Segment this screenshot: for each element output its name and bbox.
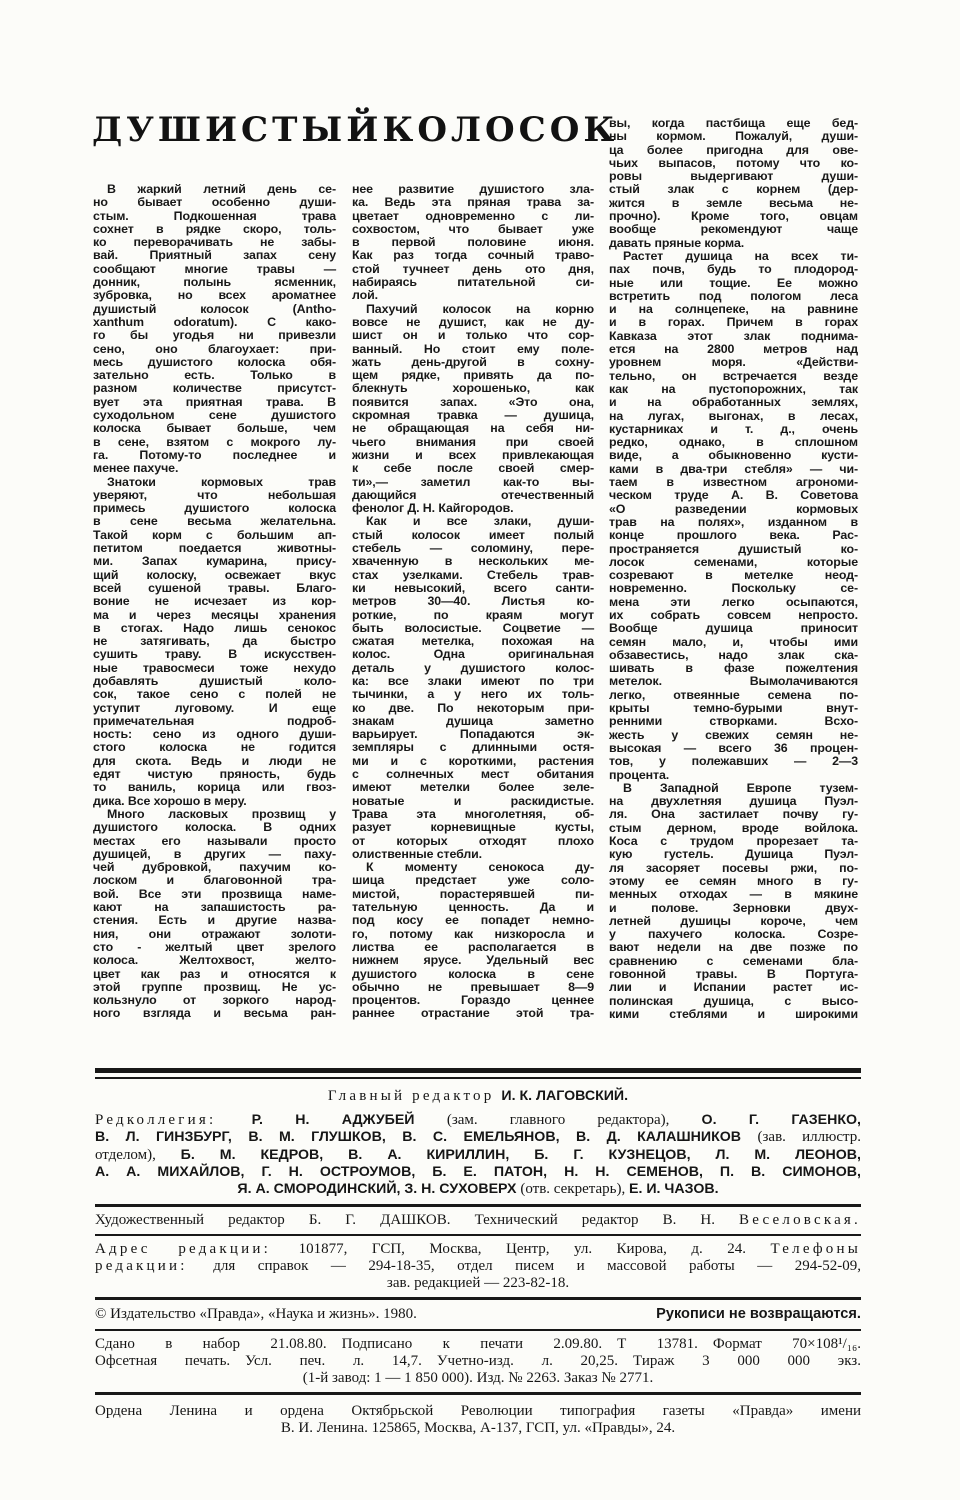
rule-1 [95, 1204, 861, 1207]
text-line: Как и все злаки, души- [352, 515, 594, 528]
text-line: хваченную в нескольких ме- [352, 555, 594, 568]
text-line: шивать в фазе пожелтения [609, 662, 858, 675]
text-line: сообщают многие травы — [93, 263, 336, 276]
text-line: кользнуло от зоркого народ- [93, 994, 336, 1007]
text-line: кую густель. Душица Пуэл- [609, 848, 858, 861]
text-line: лии и Испании растет ис- [609, 981, 858, 994]
text-line: сено, оно благоухает: при- [93, 343, 336, 356]
text-line: вают недели на две позже по [609, 941, 858, 954]
text-line: стах узелками. Стебель трав- [352, 569, 594, 582]
footer-text-segment: 101877, ГСП, Москва, Центр, ул. Кирова, … [299, 1241, 771, 1257]
text-line: Такой корм с большим ап- [93, 529, 336, 542]
footer-text-segment: В. И. Ленина. 125865, Москва, А-137, ГСП… [281, 1420, 675, 1436]
text-line: тычинки, а у него их толь- [352, 688, 594, 701]
text-line: добавлять душистый коло- [93, 675, 336, 688]
magazine-page: ДУШИСТЫЙ КОЛОСОК В жаркий летний день се… [0, 0, 960, 1500]
text-line: жесть у свежих семян не- [609, 729, 858, 742]
text-line: чьих выпасов, потому что ко- [609, 157, 858, 170]
text-line: Кавказа этот злак поднима- [609, 330, 858, 343]
text-line: нижнем ярусе. Удельный вес [352, 954, 594, 967]
text-line: нее развитие душистого зла- [352, 183, 594, 196]
footer-text-segment: (зав. иллюстр. [757, 1129, 861, 1145]
text-line: этой группе прозвищ. Не ус- [93, 981, 336, 994]
text-line: шица предстает уже соло- [352, 874, 594, 887]
manuscripts-notice: Рукописи не возвращаются. [656, 1306, 861, 1322]
article-column-2: нее развитие душистого зла-ка. Ведь эта … [352, 183, 594, 1021]
text-line: для скота. Ведь и люди не [93, 755, 336, 768]
text-line: таем в известном агрономи- [609, 476, 858, 489]
text-line: вовсе не душист, как не ду- [352, 316, 594, 329]
text-line: ма и через месяцы хранения [93, 609, 336, 622]
text-line: и полове. Зерновки двух- [609, 902, 858, 915]
text-line: сто - желтый цвет зрелого [93, 941, 336, 954]
text-line: ца более пригодна для ове- [609, 144, 858, 157]
text-line: легко, отвеянные семена по- [609, 689, 858, 702]
text-line: раннее отрастание этой тра- [352, 1007, 594, 1020]
footer-text-segment: Веселовская. [739, 1212, 861, 1228]
text-line: едят чистую пряность, будь [93, 768, 336, 781]
text-line: Пахучий колосок на корню [352, 303, 594, 316]
text-line: роткие, по краям могут [352, 609, 594, 622]
text-line: стый злак с корнем (дер- [609, 183, 858, 196]
text-line: жизни и всех привлекающая [352, 449, 594, 462]
text-line: их собрать совсем непросто. [609, 609, 858, 622]
footer-text-segment: Адрес редакции: [95, 1241, 299, 1257]
text-line: тов, у полежавших — 2—3 [609, 755, 858, 768]
text-line: лой. [352, 289, 594, 302]
text-line: виде, а обыкновенно кусти- [609, 449, 858, 462]
text-line: то ваниль, корица или гвоз- [93, 781, 336, 794]
text-line: новременно. Поскольку се- [609, 582, 858, 595]
text-line: встретить под пологом леса [609, 290, 858, 303]
text-line: семян мало, и, чтобы ими [609, 636, 858, 649]
footer-text-segment: (отв. секретарь), [520, 1181, 629, 1197]
text-line: «О разведении кормовых [609, 503, 858, 516]
text-line: в стогах. Надо лишь сенокос [93, 622, 336, 635]
text-line: ми. Запах кумарина, прису- [93, 555, 336, 568]
footer-text-segment: О. Г. ГАЗЕНКО, [702, 1112, 861, 1128]
text-line: олиственные стебли. [352, 848, 594, 861]
text-line: имеют метелки более зеле- [352, 781, 594, 794]
text-line: крыты темно-бурыми внут- [609, 702, 858, 715]
text-line: менее пахуче. [93, 462, 336, 475]
text-line: ля. Она застилает почву гу- [609, 808, 858, 821]
text-line: ми и с короткими, растения [352, 755, 594, 768]
text-line: Знатоки кормовых трав [93, 476, 336, 489]
text-line: ти»,— заметил как-то вы- [352, 476, 594, 489]
footer-text-segment: Ордена Ленина и ордена Октябрьской Револ… [95, 1403, 861, 1419]
text-line: редко, однако, в сплошном [609, 436, 858, 449]
footer-text-segment: Я. А. СМОРОДИНСКИЙ, З. Н. СУХОВЕРХ [237, 1181, 520, 1197]
text-line: давать пряные корма. [609, 237, 858, 250]
text-line: жится в земле весьма не- [609, 197, 858, 210]
text-line: вы, когда пастбища еще бед- [609, 117, 858, 130]
text-line: разном количестве присутст- [93, 382, 336, 395]
text-line: тательную ценность. Да и [352, 901, 594, 914]
text-line: с солнечных мест обитания [352, 768, 594, 781]
address-line: зав. редакцией — 223-82-18. [95, 1275, 861, 1292]
text-line: деталь у душистого колос- [352, 662, 594, 675]
text-line: метелок. Вымолачиваются [609, 675, 858, 688]
footer-text-segment: для справок — 294-18-35, отдел писем и м… [213, 1258, 861, 1274]
text-line: высокая — всего 36 процен- [609, 742, 858, 755]
text-line: щий колоску, освежает вкус [93, 569, 336, 582]
text-line: щем рядке, привять да по- [352, 369, 594, 382]
text-line: созревают в метелке неод- [609, 569, 858, 582]
text-line: зательно есть. Только в [93, 369, 336, 382]
text-line: суходольном сене душистого [93, 409, 336, 422]
text-line: уровнем моря. «Действи- [609, 356, 858, 369]
text-line: ного взгляда и весьма ран- [93, 1007, 336, 1020]
text-line: сравнению с семенами бла- [609, 955, 858, 968]
text-line: ки невысокий, всего санти- [352, 582, 594, 595]
text-line: всей сушеной травы. Благо- [93, 582, 336, 595]
text-line: ка: все злаки имеют по три [352, 675, 594, 688]
footer-text-segment: Офсетная печать. Усл. печ. л. 14,7. Учет… [95, 1353, 861, 1369]
footer-text-segment: Главный редактор [328, 1088, 502, 1104]
text-line: душицей, в других — паху- [93, 848, 336, 861]
text-line: ко две. По некоторым при- [352, 702, 594, 715]
copyright-line: © Издательство «Правда», «Наука и жизнь»… [95, 1306, 861, 1323]
text-line: менных отходах — в мякине [609, 888, 858, 901]
editorial-board-line: Редколлегия: Р. Н. АДЖУБЕЙ (зам. главног… [95, 1112, 861, 1129]
text-line: разует корневищные кусты, [352, 821, 594, 834]
text-line: стого колоска не годится [93, 741, 336, 754]
text-line: В Западной Европе тузем- [609, 782, 858, 795]
footer-text-segment: (1-й завод: 1 — 1 850 000). Изд. № 2263.… [303, 1370, 654, 1386]
text-line: трав на полях», изданном в [609, 516, 858, 529]
footer-text-segment: И. К. ЛАГОВСКИЙ. [501, 1088, 628, 1104]
text-line: сохвостом, что бывает уже [352, 223, 594, 236]
footer-text-segment: Е. И. ЧАЗОВ. [629, 1181, 719, 1197]
footer-text-segment: А. А. МИХАЙЛОВ, Г. Н. ОСТРОУМОВ, Б. Е. П… [95, 1164, 861, 1180]
text-line: га. Потому-то последнее и [93, 449, 336, 462]
text-line: ческом труде А. В. Советова [609, 489, 858, 502]
text-line: воние не исчезает из кор- [93, 595, 336, 608]
footer-text-segment: (зам. главного редактора), [447, 1112, 702, 1128]
text-line: стым дерном, вроде войлока. [609, 822, 858, 835]
text-line: сушить траву. В искусствен- [93, 648, 336, 661]
text-line: душистого колоска. В одних [93, 821, 336, 834]
text-line: конце прошлого века. Рас- [609, 529, 858, 542]
text-line: фенолог Д. Н. Кайгородов. [352, 502, 594, 515]
text-line: Коса с трудом прорезает та- [609, 835, 858, 848]
text-line: ния, они отражают золоти- [93, 928, 336, 941]
text-line: колоса. Желтохвост, желто- [93, 954, 336, 967]
article-column-1: В жаркий летний день се-но бывает особен… [93, 183, 336, 1021]
text-line: не затягивать, да быстро [93, 635, 336, 648]
text-line: зубровка, но всех ароматнее [93, 289, 336, 302]
text-line: на двухлетняя душица Пуэл- [609, 795, 858, 808]
text-line: у пахучего колоска. Созре- [609, 928, 858, 941]
text-line: лоском и благовонной тра- [93, 874, 336, 887]
text-line: набираясь питательной си- [352, 276, 594, 289]
address-line: редакции: для справок — 294-18-35, отдел… [95, 1258, 861, 1275]
text-line: ренними створками. Всхо- [609, 715, 858, 728]
text-line: жать день-другой в сохну- [352, 356, 594, 369]
text-line: не обращающая на себя ни- [352, 422, 594, 435]
text-line: го бы угодья ни привезли [93, 329, 336, 342]
text-line: В жаркий летний день се- [93, 183, 336, 196]
printer-block: Ордена Ленина и ордена Октябрьской Револ… [95, 1403, 861, 1437]
editorial-board-block: Редколлегия: Р. Н. АДЖУБЕЙ (зам. главног… [95, 1112, 861, 1198]
text-line: ванный. Но стоит ему поле- [352, 343, 594, 356]
text-line: полинская душица, с высо- [609, 995, 858, 1008]
text-line: пространяется душистый ко- [609, 543, 858, 556]
text-line: земпляры с длинными остя- [352, 741, 594, 754]
text-line: го, потому как низкоросла и [352, 928, 594, 941]
text-line: ко переворачивать не забы- [93, 236, 336, 249]
text-line: к себе после своей смер- [352, 462, 594, 475]
text-line: К моменту сенокоса ду- [352, 861, 594, 874]
footer-text-segment: Художественный редактор Б. Г. ДАШКОВ. Те… [95, 1212, 739, 1228]
text-line: стебель — соломину, пере- [352, 542, 594, 555]
chief-editor-text: Главный редактор И. К. ЛАГОВСКИЙ. [95, 1088, 861, 1105]
text-line: мистой, порастерявшей пи- [352, 888, 594, 901]
text-line: говонной травы. В Португа- [609, 968, 858, 981]
text-line: но бывает особенно души- [93, 196, 336, 209]
footer-text-segment: Б. М. КЕДРОВ, В. А. КИРИЛЛИН, Б. Г. КУЗН… [181, 1147, 861, 1163]
footer-text-segment: В. Л. ГИНЗБУРГ, В. М. ГЛУШКОВ, В. С. ЕМЕ… [95, 1129, 757, 1145]
text-line: быть волосистые. Соцветие — [352, 622, 594, 635]
text-line: ля засоряет посевы ржи, по- [609, 862, 858, 875]
text-line: чьего внимания при своей [352, 436, 594, 449]
footer-text-segment: Телефоны [771, 1241, 862, 1257]
text-line: вой. Все эти прозвища наме- [93, 888, 336, 901]
text-line: процента. [609, 769, 858, 782]
text-line: кают на запашистость ра- [93, 901, 336, 914]
text-line: стой тучнеет день ото дня, [352, 263, 594, 276]
text-line: блекнуть хорошенько, как [352, 382, 594, 395]
text-line: листва ее располагается в [352, 941, 594, 954]
editorial-board-line: Я. А. СМОРОДИНСКИЙ, З. Н. СУХОВЕРХ (отв.… [95, 1181, 861, 1198]
text-line: дающийся отечественный [352, 489, 594, 502]
text-line: ется на 2800 метров над [609, 343, 858, 356]
footer-text-segment: редакции: [95, 1258, 213, 1274]
text-line: колоска бывает больше, чем [93, 422, 336, 435]
text-line: кими стеблями и широкими [609, 1008, 858, 1021]
text-line: прочно). Кроме того, овцам [609, 210, 858, 223]
text-line: тельно, он встречается везде [609, 370, 858, 383]
text-line: стый колосок имеет полый [352, 529, 594, 542]
text-line: на лугах, выгонах, в лесах, [609, 410, 858, 423]
text-line: колос. Одна оригинальная [352, 648, 594, 661]
text-line: шист он и только что сор- [352, 329, 594, 342]
text-line: от которых отходят плохо [352, 835, 594, 848]
text-line: летней душицы короче, чем [609, 915, 858, 928]
footer-text-segment: Редколлегия: [95, 1112, 252, 1128]
text-line: Растет душица на всех ти- [609, 250, 858, 263]
text-line: местах его называли просто [93, 835, 336, 848]
text-line: ные или тощие. Ее можно [609, 277, 858, 290]
text-line: в первой половине июня. [352, 236, 594, 249]
rule-4 [95, 1329, 861, 1332]
text-line: уверяют, что небольшая [93, 489, 336, 502]
footer-text-segment: Сдано в набор 21.08.80. Подписано к печа… [95, 1336, 861, 1352]
footer-text-segment: Р. Н. АДЖУБЕЙ [252, 1112, 447, 1128]
text-line: Много ласковых прозвищ у [93, 808, 336, 821]
text-line: чей дубровкой, пахучим ко- [93, 861, 336, 874]
article-title: ДУШИСТЫЙ КОЛОСОК [92, 110, 593, 154]
text-line: лосок семенами, которые [609, 556, 858, 569]
text-line: дика. Все хорошо в меру. [93, 795, 336, 808]
chief-editor-line: Главный редактор И. К. ЛАГОВСКИЙ. [95, 1088, 861, 1105]
text-line: Как раз тогда сочный траво- [352, 249, 594, 262]
text-line: скромная травка — душица, [352, 409, 594, 422]
colophon: Главный редактор И. К. ЛАГОВСКИЙ. Редкол… [95, 1068, 861, 1437]
print-info-line: Офсетная печать. Усл. печ. л. 14,7. Учет… [95, 1353, 861, 1370]
text-line: сок, такое сено с полей не [93, 688, 336, 701]
text-line: обзавестись, надо злак ска- [609, 649, 858, 662]
text-line: появится запах. «Это она, [352, 396, 594, 409]
text-line: ность: сено из одного души- [93, 728, 336, 741]
text-line: месь душистого колоска обя- [93, 356, 336, 369]
text-line: сохнет в рядке скоро, толь- [93, 223, 336, 236]
text-line: как на пустопорожних, так [609, 383, 858, 396]
text-line: ка. Ведь эта пряная трава за- [352, 196, 594, 209]
text-line: душистого колоска в сене [352, 968, 594, 981]
address-line: Адрес редакции: 101877, ГСП, Москва, Цен… [95, 1241, 861, 1258]
text-line: xanthum odoratum). С како- [93, 316, 336, 329]
printer-line: Ордена Ленина и ордена Октябрьской Револ… [95, 1403, 861, 1420]
print-info-line: (1-й завод: 1 — 1 850 000). Изд. № 2263.… [95, 1370, 861, 1387]
text-line: Трава эта многолетняя, об- [352, 808, 594, 821]
text-line: душистый колосок (Antho- [93, 303, 336, 316]
text-line: примечательная подроб- [93, 715, 336, 728]
double-rule [95, 1068, 861, 1079]
text-line: стым. Подкошенная трава [93, 210, 336, 223]
footer-text-segment: зав. редакцией — 223-82-18. [387, 1275, 569, 1291]
text-line: ные травосмеси тоже нехудо [93, 662, 336, 675]
text-line: петитом поедается животны- [93, 542, 336, 555]
printer-line: В. И. Ленина. 125865, Москва, А-137, ГСП… [95, 1420, 861, 1437]
text-line: под косу ее попадет немно- [352, 914, 594, 927]
text-line: этому ее семян много в гу- [609, 875, 858, 888]
text-line: Вообще душица приносит [609, 622, 858, 635]
text-line: варьирует. Попадаются эк- [352, 728, 594, 741]
text-line: и в горах. Причем в горах [609, 316, 858, 329]
text-line: ны кормом. Пожалуй, души- [609, 130, 858, 143]
editorial-board-line: отделом), Б. М. КЕДРОВ, В. А. КИРИЛЛИН, … [95, 1147, 861, 1164]
text-line: сжатая метелка, похожая на [352, 635, 594, 648]
article-title-word-2: КОЛОСОК [382, 110, 618, 150]
footer-text-segment: отделом), [95, 1147, 181, 1163]
text-line: ками в два-три стебля» — чи- [609, 463, 858, 476]
editorial-board-line: А. А. МИХАЙЛОВ, Г. Н. ОСТРОУМОВ, Б. Е. П… [95, 1164, 861, 1181]
text-line: вай. Приятный запах сену [93, 249, 336, 262]
editorial-board-line: В. Л. ГИНЗБУРГ, В. М. ГЛУШКОВ, В. С. ЕМЕ… [95, 1129, 861, 1146]
text-line: кустарниках и т. д., очень [609, 423, 858, 436]
text-line: вует эта приятная трава. В [93, 396, 336, 409]
text-line: знакам душица заметно [352, 715, 594, 728]
rule-3 [95, 1297, 861, 1300]
text-line: ровы выдергивают души- [609, 170, 858, 183]
rule-2 [95, 1234, 861, 1237]
text-line: цвет как раз и относятся к [93, 968, 336, 981]
text-line: новатые и раскидистые. [352, 795, 594, 808]
text-line: уступит луговому. И еще [93, 702, 336, 715]
print-info-line: Сдано в набор 21.08.80. Подписано к печа… [95, 1336, 861, 1353]
text-line: мена эти легко осыпаются, [609, 596, 858, 609]
text-line: стения. Есть и другие назва- [93, 914, 336, 927]
text-line: примесь душистого колоска [93, 502, 336, 515]
text-line: метров 30—40. Листья ко- [352, 595, 594, 608]
print-info-block: Сдано в набор 21.08.80. Подписано к печа… [95, 1336, 861, 1387]
text-line: в сене весьма желательна. [93, 515, 336, 528]
art-tech-editors-text: Художественный редактор Б. Г. ДАШКОВ. Те… [95, 1212, 861, 1229]
text-line: вообще рекомендуют чаще [609, 223, 858, 236]
text-line: в сене, взятом с мокрого лу- [93, 436, 336, 449]
address-block: Адрес редакции: 101877, ГСП, Москва, Цен… [95, 1241, 861, 1292]
text-line: процентов. Гораздо ценнее [352, 994, 594, 1007]
text-line: донник, полынь ясменник, [93, 276, 336, 289]
text-line: и на обработанных землях, [609, 396, 858, 409]
text-line: цветает одновременно с ли- [352, 210, 594, 223]
text-line: и на солнцепеке, на равнине [609, 303, 858, 316]
copyright-text: © Издательство «Правда», «Наука и жизнь»… [95, 1306, 417, 1323]
article-column-3: вы, когда пастбища еще бед-ны кормом. По… [609, 117, 858, 1021]
article-title-word-1: ДУШИСТЫЙ [92, 110, 382, 150]
text-line: пах почв, будь то плодород- [609, 263, 858, 276]
text-line: обычно не превышает 8—9 [352, 981, 594, 994]
rule-5 [95, 1392, 861, 1395]
art-tech-editors-line: Художественный редактор Б. Г. ДАШКОВ. Те… [95, 1212, 861, 1229]
